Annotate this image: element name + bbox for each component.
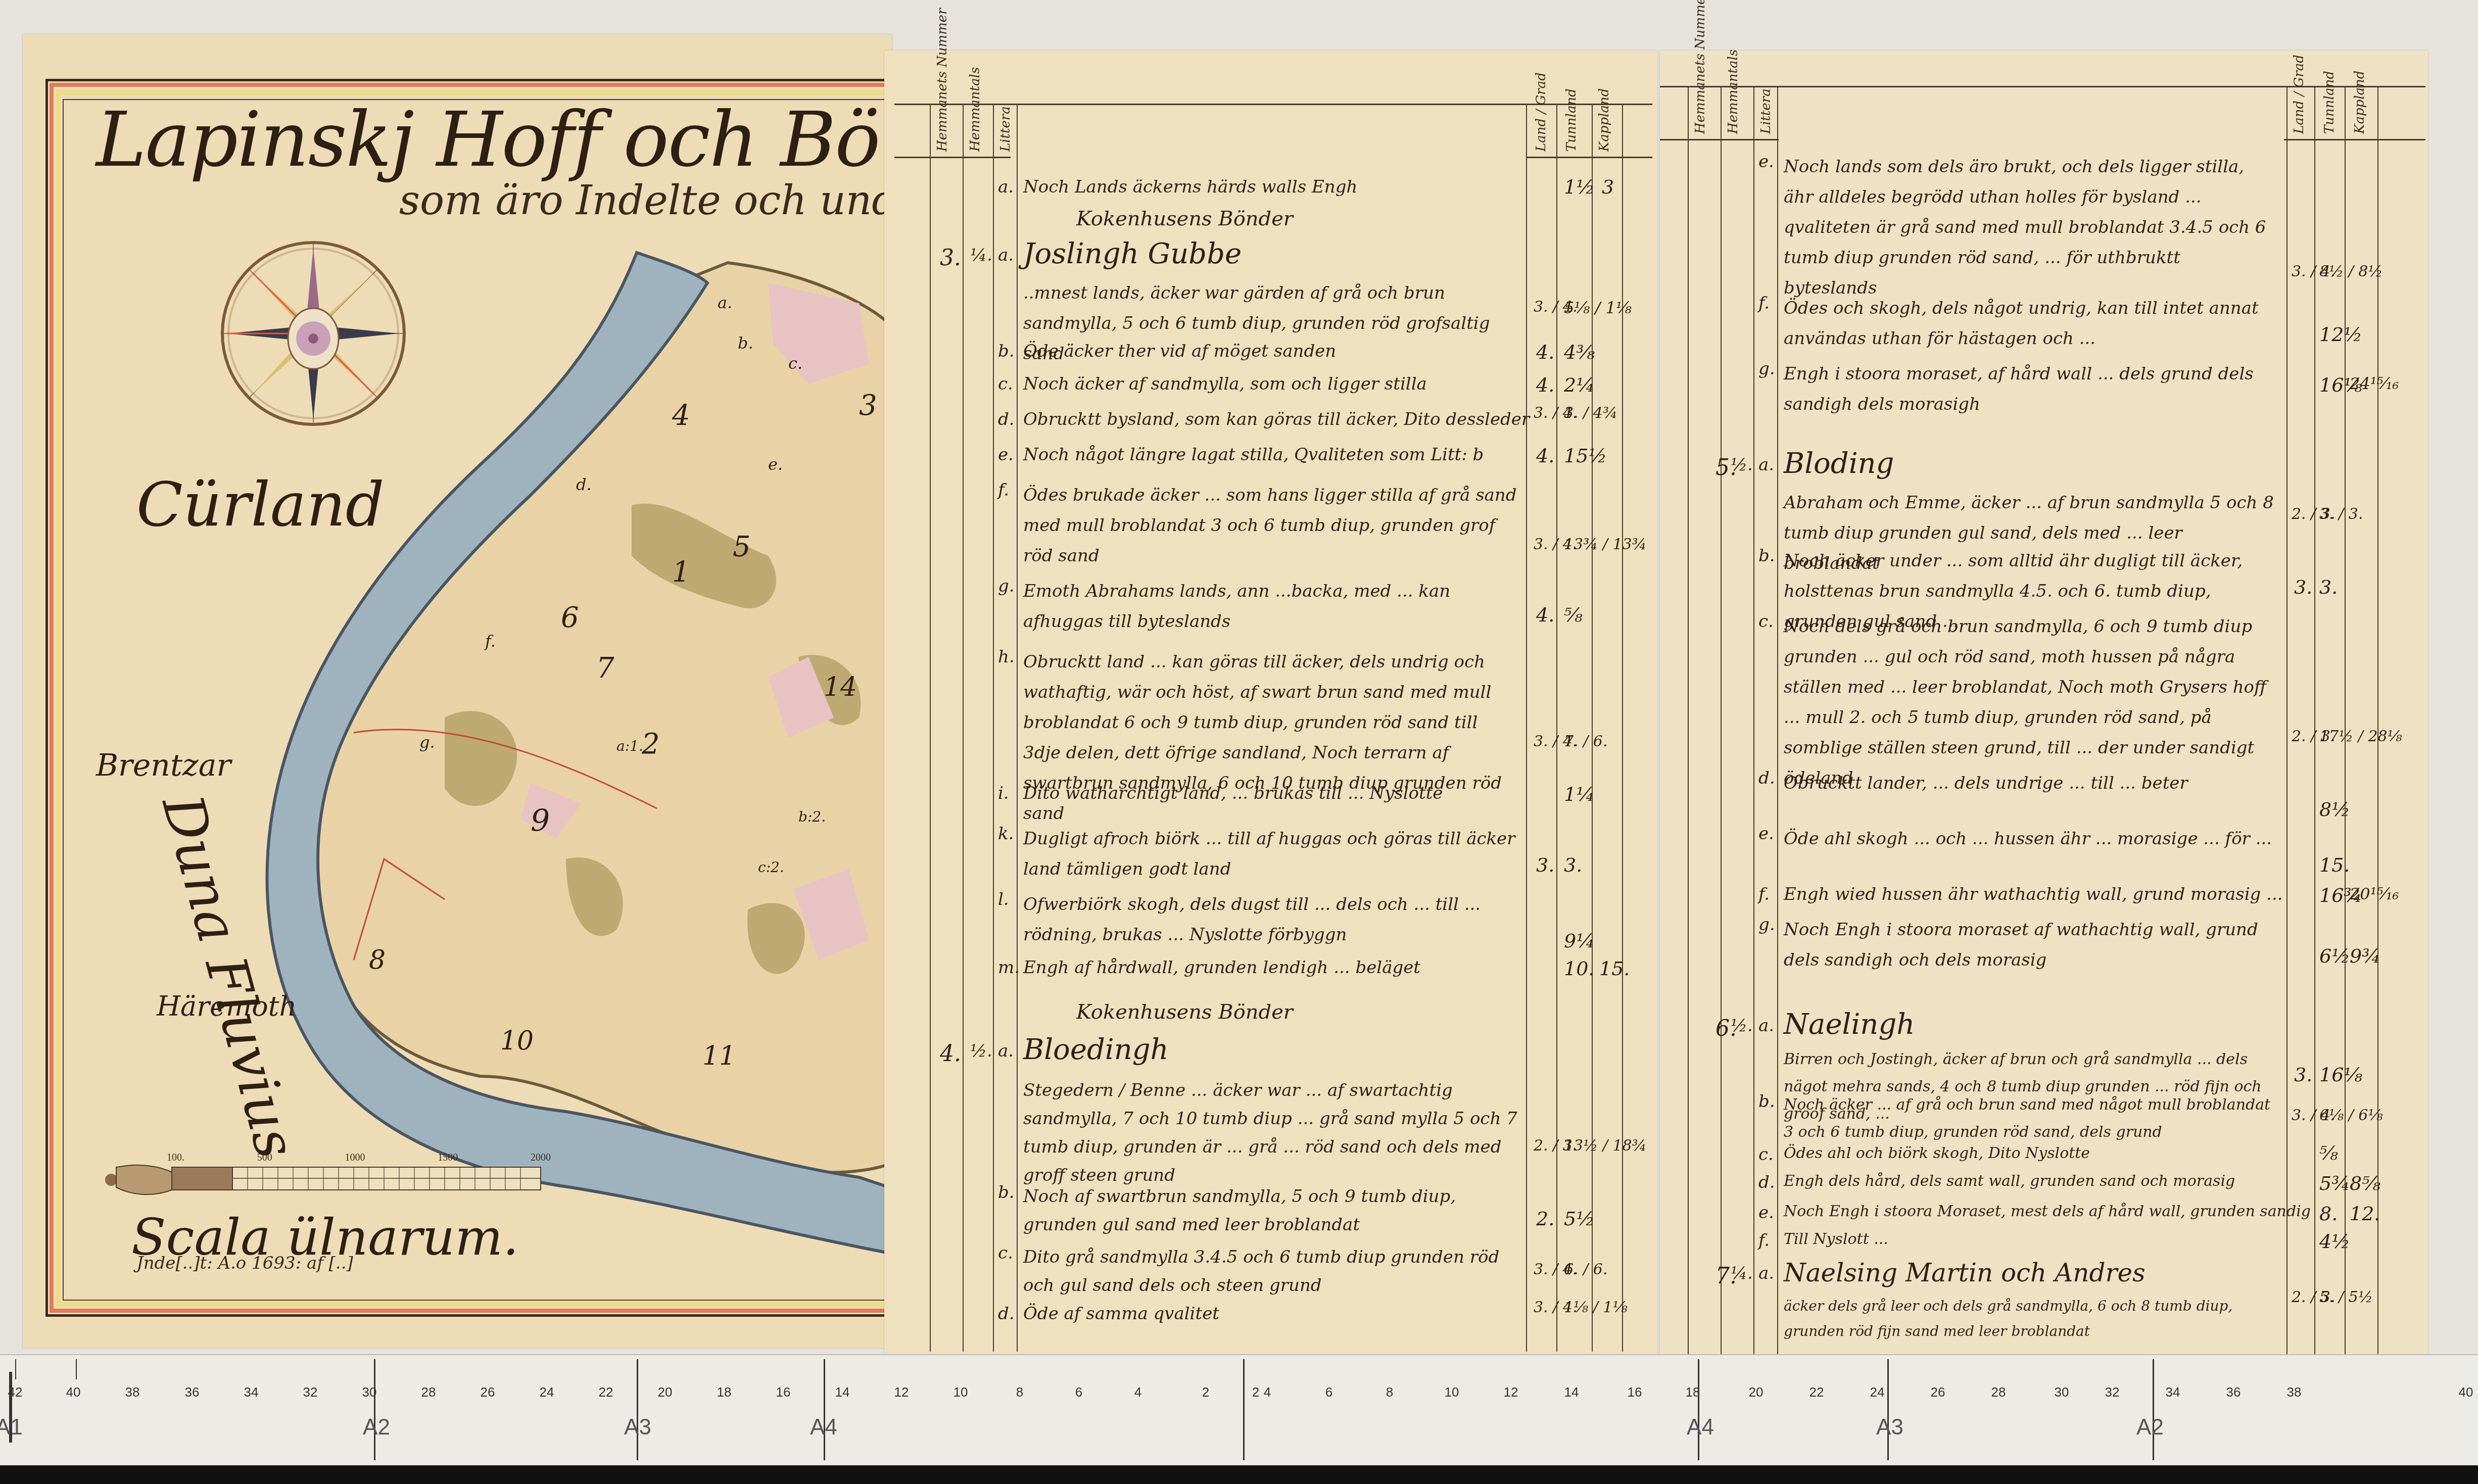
entry-letter: m.: [998, 958, 1020, 978]
grad-value: 2.: [1536, 1208, 1554, 1230]
entry-letter: d.: [1758, 768, 1775, 788]
plot-letter: a:1.: [616, 738, 643, 754]
entry-letter: b.: [998, 341, 1015, 361]
column-header: Littera: [1758, 88, 1774, 134]
tunnland-value: 12½: [2319, 323, 2362, 346]
tunnland-value: 15.: [2319, 854, 2350, 876]
entry-text: Noch dels grå och brun sandmylla, 6 och …: [1784, 611, 2279, 793]
plot-number: 14: [824, 672, 857, 702]
farm-fraction: ½.: [1731, 1016, 1753, 1036]
column-rule: [993, 104, 994, 1352]
ruler-number: 36: [185, 1384, 200, 1400]
farm-number: 3.: [940, 245, 961, 271]
ruler-number: 26: [481, 1384, 495, 1400]
plot-letter: f.: [485, 632, 496, 651]
tunnland-value: 6½: [2319, 945, 2350, 967]
ruler-number: 34: [2166, 1384, 2180, 1400]
ruler-number: 32: [303, 1384, 318, 1400]
entry-text: Noch äcker ... af grå och brun sand med …: [1784, 1091, 2279, 1146]
farm-fraction: ¼.: [1731, 1263, 1753, 1283]
entry-letter: c.: [998, 374, 1013, 394]
tunnland-value: 1½: [1564, 176, 1595, 198]
ruler-number: 40: [2459, 1384, 2473, 1400]
paper-size-label: A3: [1876, 1415, 1903, 1440]
plot-number: 6: [561, 601, 579, 634]
column-header: Kappland: [2352, 71, 2367, 134]
ruler-tick: [637, 1359, 638, 1460]
tunnland-value: 5½: [1564, 1208, 1595, 1230]
tunnland-value: 17½ / 28⅛: [2319, 728, 2402, 745]
entry-letter: h.: [998, 647, 1015, 667]
farm-name: Naelsing Martin och Andres: [1784, 1258, 2146, 1287]
paper-size-label: A1: [0, 1415, 23, 1440]
grad-value: 4.: [1536, 604, 1554, 626]
column-header: Hemmantals: [1726, 50, 1741, 134]
ruler-number: 6: [1325, 1384, 1332, 1400]
ruler-tick: [1243, 1359, 1245, 1460]
tunnland-value: 16⅛: [2319, 1064, 2362, 1086]
entry-text: Dugligt afroch biörk ... till af huggas …: [1023, 824, 1518, 884]
entry-letter: c.: [1758, 1144, 1774, 1165]
ruler-tick: [1887, 1359, 1889, 1460]
entry-text: Noch lands som dels äro brukt, och dels …: [1784, 152, 2279, 303]
column-header: Kappland: [1597, 88, 1612, 152]
ruler-number: 4: [1134, 1384, 1141, 1400]
entry-text: Öde ahl skogh ... och ... hussen ähr ...…: [1784, 824, 2279, 854]
tunnland-value: 7. / 6.: [1564, 733, 1607, 750]
entry-letter: f.: [998, 480, 1009, 500]
ruler-number: 30: [2055, 1384, 2069, 1400]
ruler-number: 6: [1075, 1384, 1082, 1400]
kappland-value: 20¹⁵⁄₁₆: [2350, 884, 2399, 903]
entry-text: Obrucktt bysland, som kan göras till äck…: [1023, 409, 1530, 429]
entry-letter: l.: [998, 889, 1009, 909]
tunnland-value: 6⅛ / 6⅛: [2319, 1107, 2383, 1124]
ledger-page-right: Hemmanets Nummer Hemmantals Littera Land…: [1660, 51, 2428, 1354]
column-header: Tunnland: [2322, 71, 2337, 134]
entry-text: Noch Lands äckerns härds walls Engh: [1023, 177, 1357, 197]
entry-letter: b.: [1758, 1091, 1775, 1112]
tunnland-value: ⅝: [2319, 1142, 2338, 1164]
entry-text: Noch Engh i stoora moraset af wathachtig…: [1784, 915, 2279, 975]
plot-letter: g.: [419, 733, 435, 752]
kappland-value: 24¹⁵⁄₁₆: [2350, 374, 2399, 393]
tunnland-value: 2¼: [1564, 374, 1595, 396]
entry-text: äcker dels grå leer och dels grå sandmyl…: [1784, 1294, 2279, 1344]
entry-text: Noch äcker af sandmylla, som och ligger …: [1023, 374, 1427, 394]
column-rule: [1556, 104, 1557, 1352]
ruler-tick: [374, 1359, 375, 1460]
tunnland-value: 4⅜: [1564, 341, 1595, 363]
ruler-tick: [824, 1359, 825, 1460]
region-label-curland: Cürland: [136, 470, 385, 540]
tunnland-value: 8.: [2319, 1203, 2338, 1225]
grad-value: 4.: [1536, 374, 1554, 396]
plot-letter: a.: [718, 293, 732, 312]
entry-letter: c.: [1758, 611, 1774, 632]
entry-letter: d.: [998, 409, 1015, 429]
entry-letter: a.: [1758, 1263, 1774, 1283]
entry-letter: e.: [1758, 152, 1774, 172]
farm-number: 4.: [940, 1041, 961, 1067]
grad-value: 4.: [1536, 341, 1554, 363]
column-rule: [1753, 86, 1754, 1354]
scale-bar: [101, 1162, 546, 1198]
entry-letter: d.: [1758, 1172, 1775, 1192]
header-rule: [1660, 86, 2425, 87]
plot-number: 7: [596, 652, 614, 685]
tunnland-value: 3.: [1564, 854, 1582, 876]
tunnland-value: 15½: [1564, 445, 1607, 467]
tunnland-value: 3.: [2319, 576, 2338, 598]
plot-number: 8: [369, 945, 386, 975]
ruler-number: 20: [1749, 1384, 1764, 1400]
ruler-number: 22: [1809, 1384, 1824, 1400]
tunnland-value: 4½: [2319, 1230, 2350, 1253]
region-label-brentzar: Brentzar: [96, 748, 231, 783]
plot-number: 2: [642, 728, 660, 760]
ruler-number: 10: [1445, 1384, 1459, 1400]
kappland-value: 3: [1602, 176, 1614, 198]
ruler-number: 18: [1686, 1384, 1700, 1400]
ruler-number: 2: [1252, 1384, 1259, 1400]
column-rule: [1777, 86, 1778, 1354]
plot-number: 1: [672, 556, 690, 589]
ruler-number: 12: [1504, 1384, 1518, 1400]
entry-text: Till Nyslott ...: [1784, 1230, 1888, 1248]
tunnland-value: 13½ / 18¾: [1564, 1137, 1647, 1155]
column-header: Tunnland: [1564, 88, 1579, 152]
entry-text: Noch något längre lagat stilla, Qvalitet…: [1023, 445, 1484, 465]
entry-text: Obrucktt lander, ... dels undrige ... ti…: [1784, 768, 2279, 798]
column-header: Hemmanets Nummer: [935, 8, 950, 152]
entry-text: Engh dels hård, dels samt wall, grunden …: [1784, 1172, 2235, 1190]
ruler-number: 36: [2226, 1384, 2241, 1400]
farm-fraction: ¼.: [970, 245, 992, 265]
kappland-value: 9¾: [2350, 945, 2380, 967]
ruler-number: 24: [540, 1384, 554, 1400]
ruler-number: 22: [599, 1384, 613, 1400]
measuring-ruler: [0, 1354, 2478, 1471]
paper-size-label: A4: [1687, 1415, 1714, 1440]
entry-text: Dito grå sandmylla 3.4.5 och 6 tumb diup…: [1023, 1243, 1518, 1300]
entry-letter: a.: [1758, 1016, 1774, 1036]
entry-text: Engh af hårdwall, grunden lendigh ... be…: [1023, 958, 1420, 978]
entry-letter: d.: [998, 1304, 1015, 1324]
column-header: Littera: [998, 106, 1013, 152]
farm-name: Bloding: [1784, 447, 1894, 480]
entry-letter: e.: [1758, 824, 1774, 844]
tunnland-value: 6. / 6.: [1564, 1261, 1607, 1278]
tunnland-value: 8½: [2319, 798, 2350, 821]
tunnland-value: 3. / 3.: [2319, 505, 2363, 523]
ruler-tick: [2153, 1359, 2154, 1460]
tunnland-value: 1¼: [1564, 783, 1595, 805]
farm-fraction: ½.: [970, 1041, 992, 1061]
entry-letter: f.: [1758, 1230, 1770, 1251]
ruler-number: 26: [1931, 1384, 1945, 1400]
ruler-number: 24: [1870, 1384, 1885, 1400]
column-rule: [1721, 86, 1722, 1354]
plot-number: 10: [500, 1026, 534, 1056]
ruler-number: 14: [835, 1384, 850, 1400]
column-header: Land / Grad: [2292, 55, 2307, 134]
plot-number: 11: [702, 1041, 736, 1071]
column-rule: [963, 104, 964, 1352]
column-header: Hemmanets Nummer: [1693, 0, 1708, 134]
farm-fraction: ½.: [1731, 455, 1753, 475]
entry-letter: k.: [998, 824, 1014, 844]
ruler-number: 34: [244, 1384, 259, 1400]
compass-rose-icon: [217, 237, 409, 429]
ledger-page-left: Hemmanets Nummer Hemmantals Littera Land…: [884, 51, 1657, 1354]
ruler-number: 40: [66, 1384, 81, 1400]
ruler-number: 16: [1628, 1384, 1642, 1400]
ruler-number: 32: [2105, 1384, 2120, 1400]
entry-text: Öde af samma qvalitet: [1023, 1304, 1219, 1324]
column-rule: [1688, 86, 1689, 1354]
grad-value: 3.: [2294, 576, 2312, 598]
plot-number: 3: [859, 389, 877, 422]
tunnland-value: 3. / 4¾: [1564, 404, 1617, 422]
plot-letter: b.: [738, 333, 753, 353]
plot-letter: b:2.: [798, 808, 826, 825]
entry-letter: c.: [998, 1243, 1013, 1263]
grad-value: 3.: [1536, 854, 1554, 876]
column-rule: [1526, 104, 1527, 1352]
section-heading: Kokenhusens Bönder: [1076, 1000, 1293, 1024]
plot-number: 9: [531, 803, 550, 839]
ruler-number: 12: [894, 1384, 909, 1400]
header-rule: [2284, 139, 2425, 140]
column-rule: [930, 104, 931, 1352]
column-rule: [1592, 104, 1593, 1352]
ruler-tick: [15, 1359, 16, 1379]
ruler-number: 30: [362, 1384, 377, 1400]
kappland-value: 15.: [1599, 958, 1630, 980]
column-header: Land / Grad: [1534, 72, 1549, 152]
ruler-number: 8: [1386, 1384, 1393, 1400]
paper-size-label: A2: [2136, 1415, 2164, 1440]
tunnland-value: 13¾ / 13¾: [1564, 536, 1647, 553]
entry-letter: e.: [1758, 1203, 1774, 1223]
entry-letter: a.: [1758, 455, 1774, 475]
entry-text: Dito watharchtigt land, ... brukas till …: [1023, 783, 1443, 803]
entry-text: Emoth Abrahams lands, ann ...backa, med …: [1023, 576, 1518, 637]
ruler-number: 16: [776, 1384, 791, 1400]
entry-letter: g.: [1758, 359, 1775, 379]
entry-letter: g.: [998, 576, 1015, 596]
ruler-number: 10: [954, 1384, 968, 1400]
entry-text: Stegedern / Benne ... äcker war ... af s…: [1023, 1076, 1518, 1189]
scanner-edge: [0, 1465, 2478, 1484]
plot-letter: c:2.: [758, 859, 784, 876]
entry-text: Noch af swartbrun sandmylla, 5 och 9 tum…: [1023, 1182, 1518, 1239]
ruler-number: 38: [2287, 1384, 2302, 1400]
entry-letter: i.: [998, 783, 1009, 803]
ruler-number: 2: [1202, 1384, 1209, 1400]
tunnland-value: 10.: [1564, 958, 1594, 980]
farm-name: Bloedingh: [1023, 1033, 1169, 1066]
entry-text: Ödes brukade äcker ... som hans ligger s…: [1023, 480, 1518, 571]
entry-text: Noch Engh i stoora Moraset, mest dels af…: [1784, 1203, 2311, 1220]
entry-letter: b.: [998, 1182, 1015, 1203]
column-rule: [1622, 104, 1623, 1352]
grad-value: 3.: [2294, 1064, 2312, 1086]
plot-number: 4: [672, 399, 690, 432]
column-header: Hemmantals: [968, 67, 983, 152]
entry-text: Ofwerbiörk skogh, dels dugst till ... de…: [1023, 889, 1518, 950]
ruler-number: 42: [8, 1384, 23, 1400]
ruler-tick: [76, 1359, 77, 1379]
header-rule: [1526, 157, 1652, 158]
entry-text: Engh wied hussen ähr wathachtig wall, gr…: [1784, 884, 2283, 904]
tunnland-value: 1⅛ / 1⅛: [1564, 1299, 1628, 1316]
farm-name: Naelingh: [1784, 1008, 1915, 1041]
paper-size-label: A4: [810, 1415, 837, 1440]
plot-letter: e.: [768, 455, 783, 474]
entry-letter: g.: [1758, 915, 1775, 935]
entry-text: Ödes och skogh, dels något undrig, kan t…: [1784, 293, 2279, 354]
grad-value: 4.: [1536, 445, 1554, 467]
ruler-number: 20: [658, 1384, 673, 1400]
ruler-number: 28: [1991, 1384, 2006, 1400]
entry-text: Engh i stoora moraset, af hård wall ... …: [1784, 359, 2279, 419]
kappland-value: 12.: [2350, 1203, 2380, 1225]
entry-letter: f.: [1758, 884, 1770, 904]
column-rule: [1017, 104, 1018, 1352]
kappland-value: 8⅝: [2350, 1172, 2380, 1194]
tunnland-value: 5¾: [2319, 1172, 2350, 1194]
farm-name: Joslingh Gubbe: [1023, 237, 1242, 270]
plot-letter: d.: [576, 475, 592, 494]
ruler-number: 18: [717, 1384, 732, 1400]
entry-text: Öde äcker ther vid af möget sanden: [1023, 341, 1336, 361]
scale-note: Jnde[..]t: A.o 1693: af [..]: [136, 1253, 353, 1273]
ruler-number: 28: [421, 1384, 436, 1400]
tunnland-value: 5⅛ / 1⅛: [1564, 298, 1632, 317]
ruler-tick: [1698, 1359, 1699, 1460]
ruler-number: 4: [1264, 1384, 1271, 1400]
tunnland-value: 5. / 5½: [2319, 1288, 2373, 1306]
plot-number: 5: [733, 531, 751, 563]
paper-size-label: A2: [363, 1415, 390, 1440]
paper-size-label: A3: [624, 1415, 651, 1440]
column-rule: [2286, 86, 2288, 1354]
plot-letter: c.: [788, 354, 802, 373]
entry-letter: a.: [998, 177, 1014, 197]
entry-letter: b.: [1758, 546, 1775, 566]
header-rule: [1660, 139, 1779, 140]
entry-letter: f.: [1758, 293, 1770, 313]
entry-letter: a.: [998, 1041, 1014, 1061]
ruler-number: 38: [125, 1384, 140, 1400]
entry-letter: a.: [998, 245, 1014, 265]
tunnland-value: ⅝: [1564, 604, 1583, 626]
tunnland-value: 9¼: [1564, 930, 1595, 952]
ruler-number: 8: [1016, 1384, 1023, 1400]
section-heading: Kokenhusens Bönder: [1076, 207, 1293, 230]
ruler-number: 14: [1564, 1384, 1579, 1400]
entry-letter: e.: [998, 445, 1014, 465]
entry-text: Ödes ahl och biörk skogh, Dito Nyslotte: [1784, 1144, 2090, 1162]
tunnland-value: 8½ / 8½: [2319, 263, 2383, 280]
